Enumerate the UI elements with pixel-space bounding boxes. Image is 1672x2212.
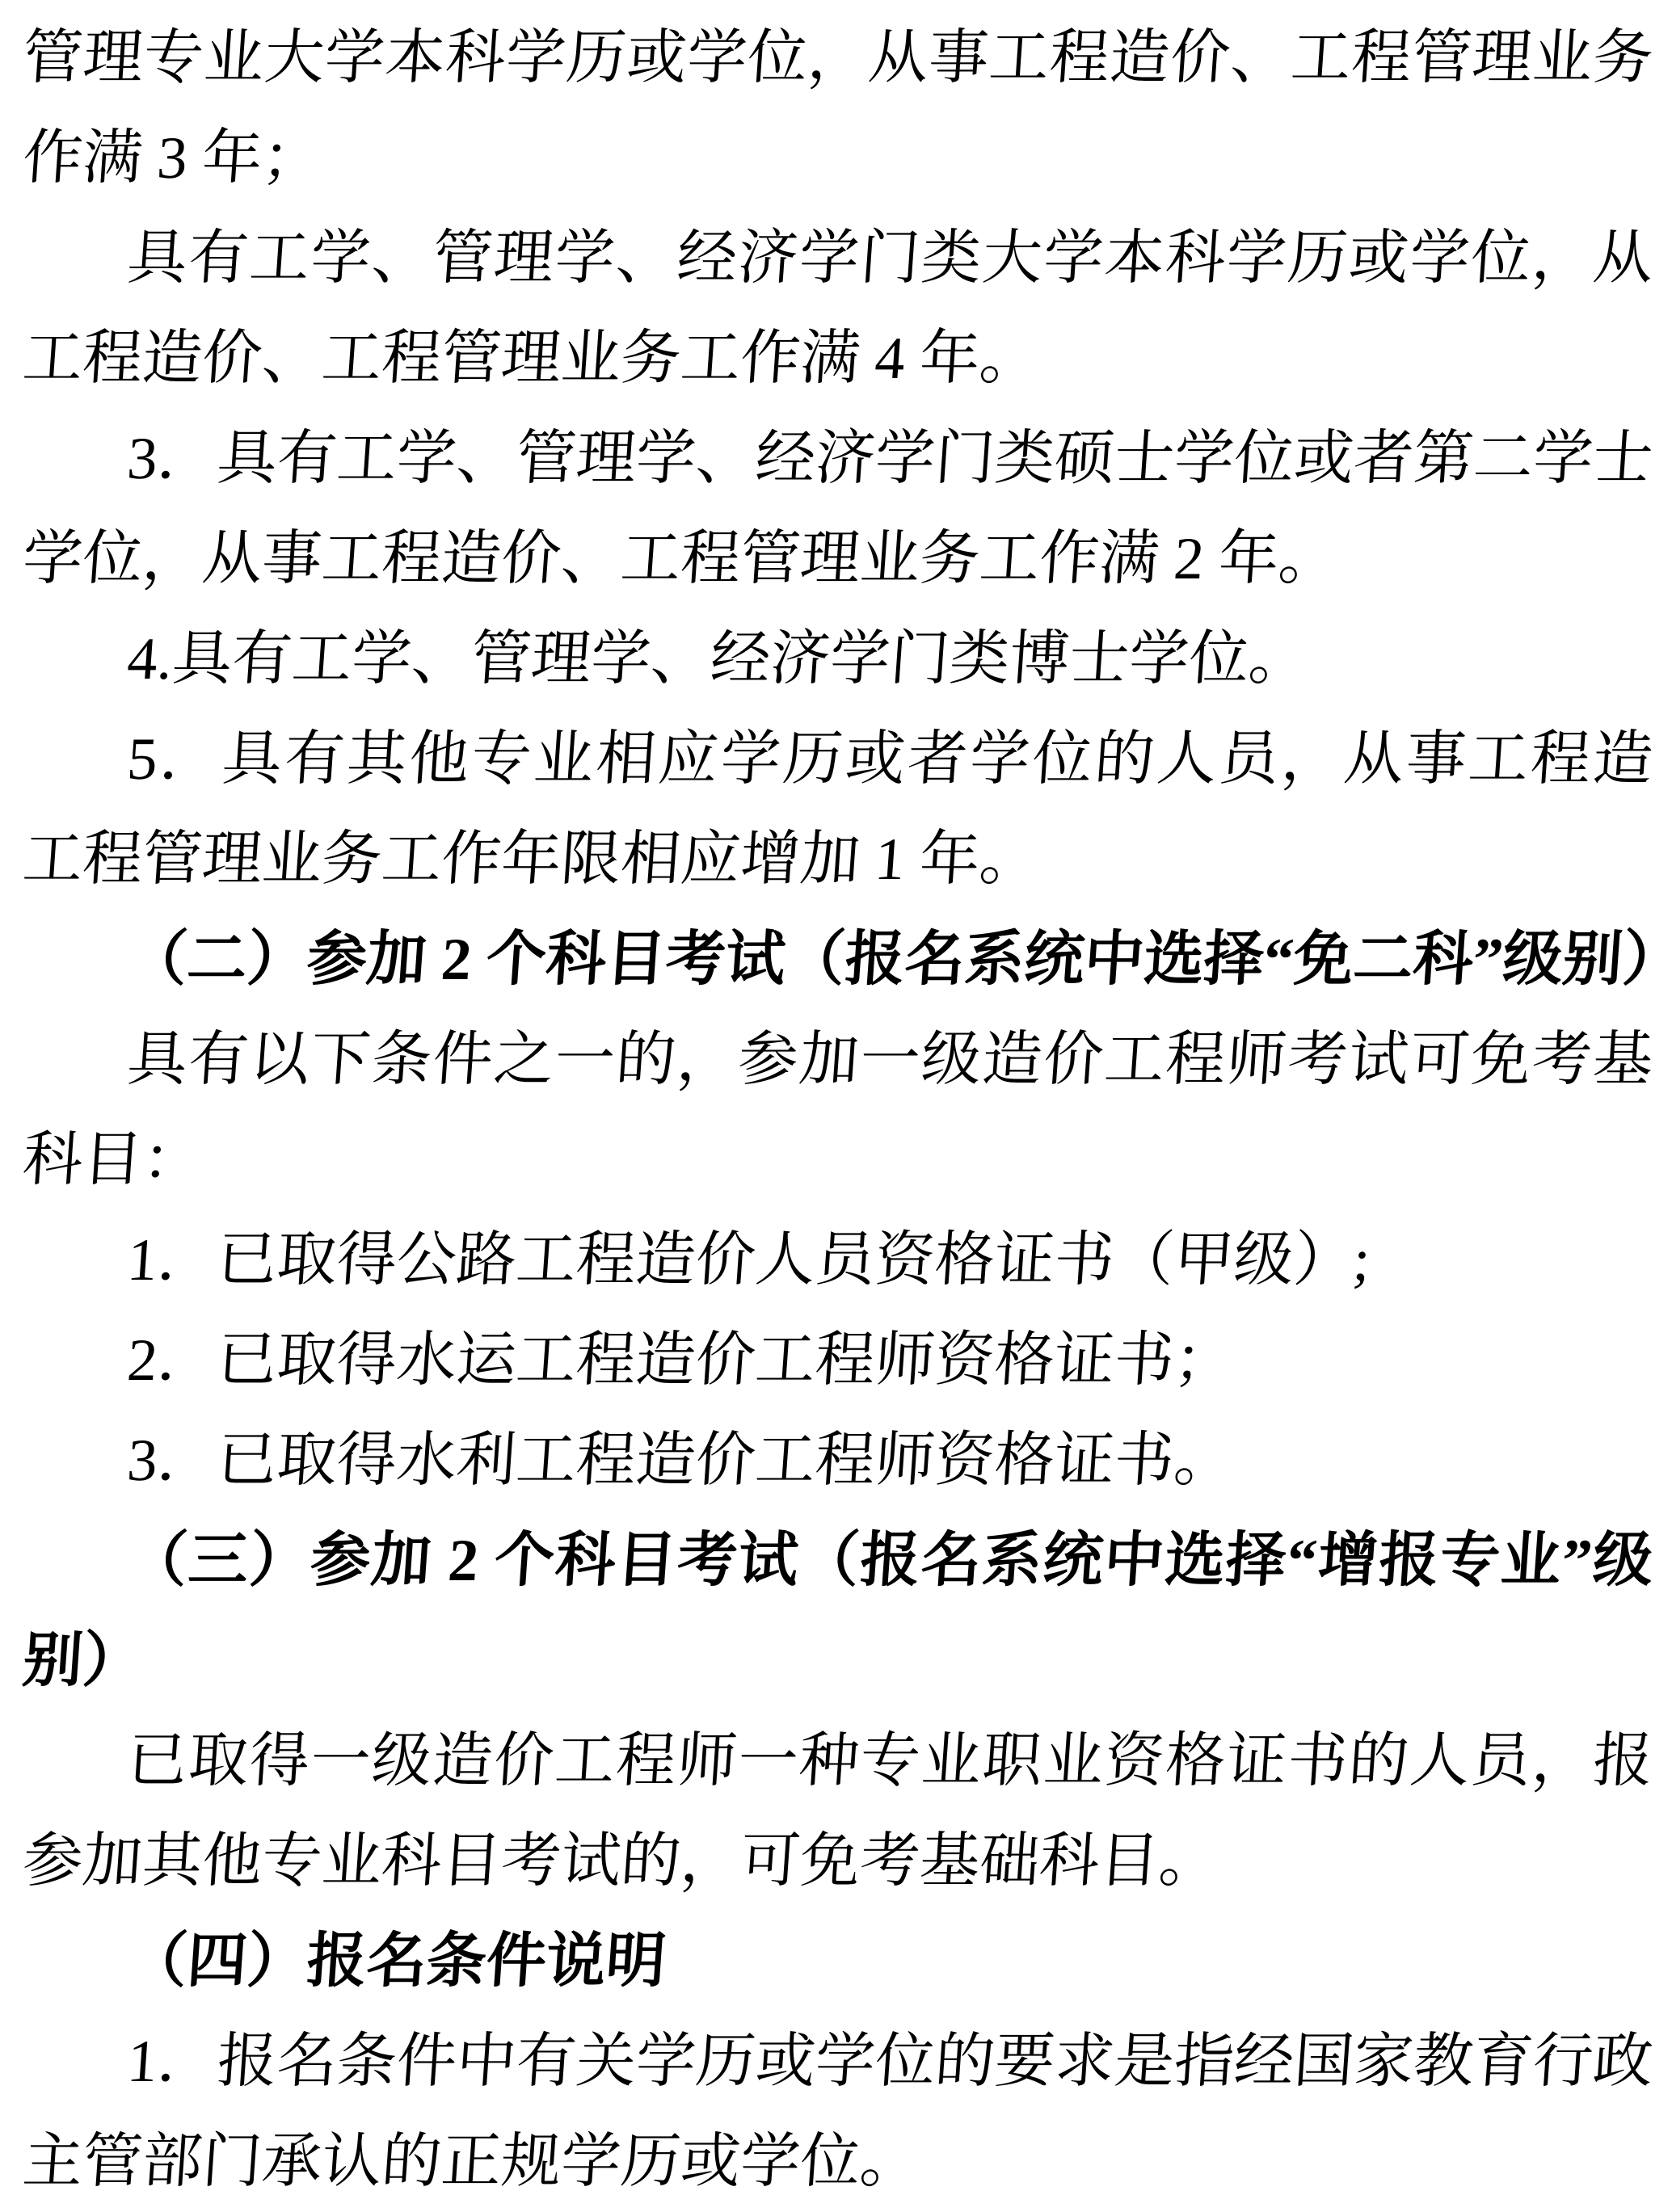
body-text-line: 工程造价、工程管理业务工作满 4 年。	[19, 309, 1657, 409]
section-heading-4: （四）报名条件说明	[19, 1911, 1657, 2012]
body-text-line: 具有以下条件之一的，参加一级造价工程师考试可免考基础	[19, 1010, 1657, 1110]
body-text-line: 作满 3 年；	[19, 108, 1657, 208]
list-item-1b: 1．报名条件中有关学历或学位的要求是指经国家教育行政	[19, 2012, 1657, 2112]
section-heading-3: （三）参加 2 个科目考试（报名系统中选择“增报专业”级	[19, 1511, 1657, 1611]
body-text-line: 已取得一级造价工程师一种专业职业资格证书的人员，报名	[19, 1711, 1657, 1811]
body-text-line: 科目：	[19, 1110, 1657, 1210]
list-item-3b: 3．已取得水利工程造价工程师资格证书。	[19, 1411, 1657, 1511]
body-text-line: 参加其他专业科目考试的，可免考基础科目。	[19, 1811, 1657, 1911]
body-text-line: 主管部门承认的正规学历或学位。	[19, 2112, 1657, 2212]
body-text-line: 工程管理业务工作年限相应增加 1 年。	[19, 810, 1657, 910]
list-item-5: 5．具有其他专业相应学历或者学位的人员，从事工程造价、	[19, 709, 1657, 810]
list-item-3: 3．具有工学、管理学、经济学门类硕士学位或者第二学士	[19, 409, 1657, 509]
section-heading-2: （二）参加 2 个科目考试（报名系统中选择“免二科”级别）	[19, 910, 1657, 1010]
list-item-1: 1．已取得公路工程造价人员资格证书（甲级）;	[19, 1210, 1657, 1310]
body-text-line: 具有工学、管理学、经济学门类大学本科学历或学位，从事	[19, 208, 1657, 309]
list-item-4: 4.具有工学、管理学、经济学门类博士学位。	[19, 609, 1657, 709]
list-item-2: 2．已取得水运工程造价工程师资格证书；	[19, 1310, 1657, 1411]
section-heading-3-continued: 别）	[19, 1611, 1657, 1711]
body-text-line: 学位，从事工程造价、工程管理业务工作满 2 年。	[19, 509, 1657, 609]
body-text-line: 管理专业大学本科学历或学位，从事工程造价、工程管理业务工	[19, 8, 1657, 108]
document-page: 管理专业大学本科学历或学位，从事工程造价、工程管理业务工 作满 3 年； 具有工…	[0, 0, 1672, 2212]
